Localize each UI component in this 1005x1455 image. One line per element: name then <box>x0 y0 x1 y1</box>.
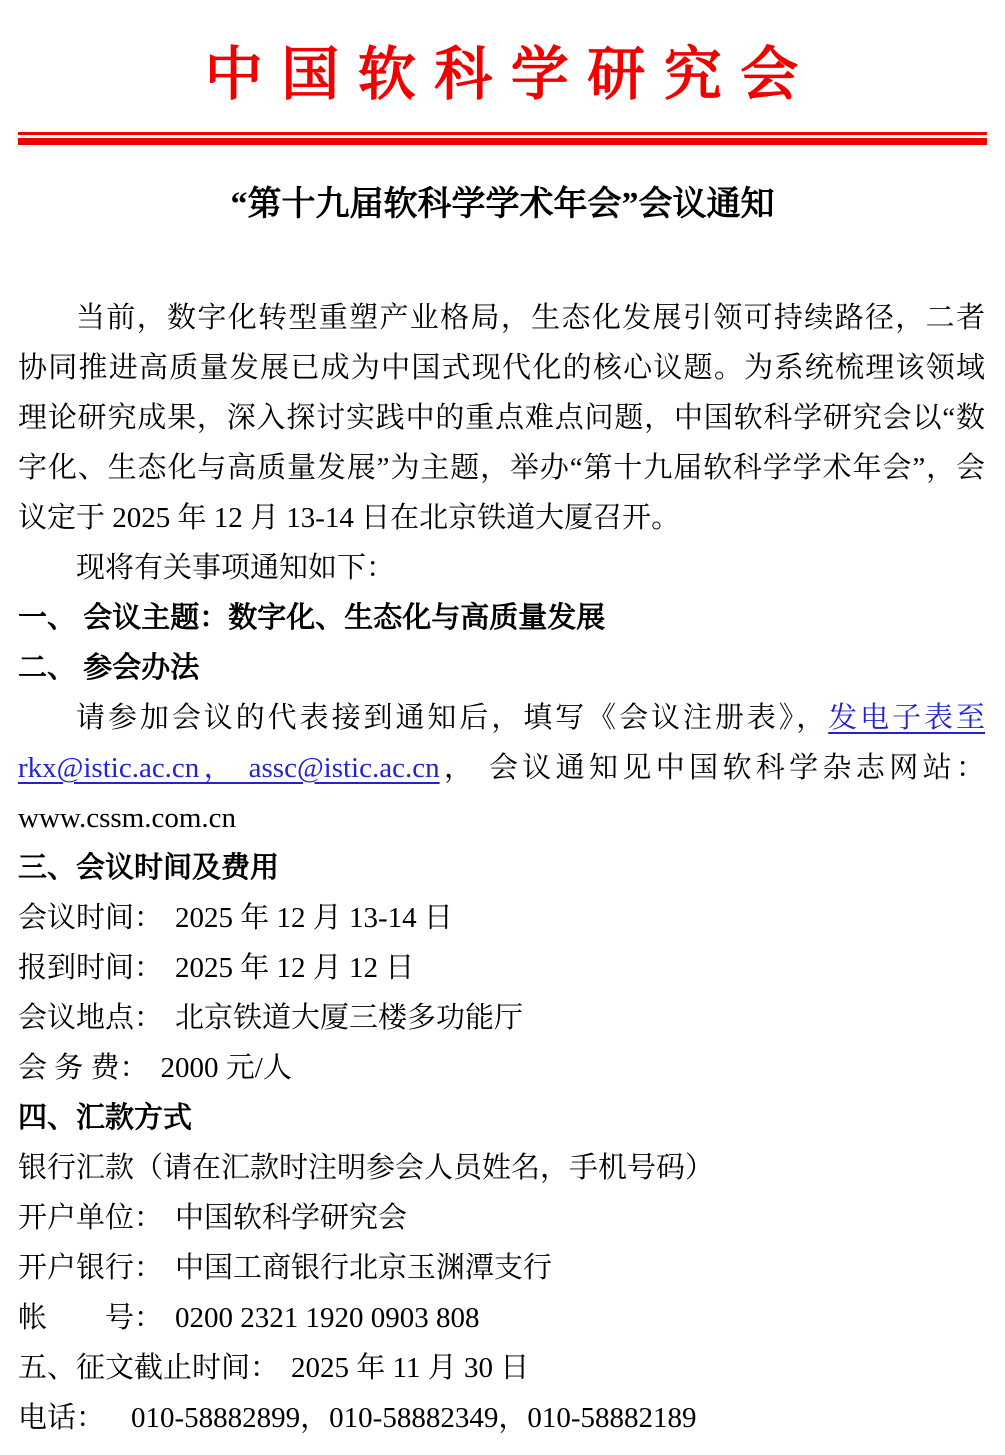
notice-line: 现将有关事项通知如下： <box>18 543 985 593</box>
label: 电话： <box>18 1402 105 1434</box>
section4-heading: 四、汇款方式 <box>18 1093 985 1143</box>
checkin-time-row: 报到时间：2025 年 12 月 12 日 <box>18 943 985 993</box>
website-line: www.cssm.com.cn <box>18 793 985 843</box>
letterhead-divider <box>18 132 987 145</box>
intro-line-3: 理论研究成果，深入探讨实践中的重点难点问题，中国软科学研究会以“数 <box>18 393 985 443</box>
value: 北京铁道大厦三楼多功能厅 <box>175 1002 523 1034</box>
account-number-row: 帐 号：0200 2321 1920 0903 808 <box>18 1293 985 1343</box>
venue-row: 会议地点：北京铁道大厦三楼多功能厅 <box>18 993 985 1043</box>
meeting-time-row: 会议时间：2025 年 12 月 13-14 日 <box>18 893 985 943</box>
document-page: 中 国 软 科 学 研 究 会 “第十九届软科学学术年会”会议通知 当前，数字化… <box>0 0 1005 1455</box>
label: 开户银行： <box>18 1252 163 1284</box>
email-addresses-link[interactable]: rkx@istic.ac.cn， assc@istic.ac.cn <box>18 752 440 784</box>
label: 报到时间： <box>18 952 163 984</box>
document-body: 当前，数字化转型重塑产业格局，生态化发展引领可持续路径，二者 协同推进高质量发展… <box>0 293 1005 1443</box>
divider-thick-rule <box>18 138 987 145</box>
value: 中国工商银行北京玉渊潭支行 <box>175 1252 552 1284</box>
section2-heading: 二、 参会办法 <box>18 643 985 693</box>
registration-line-1: 请参加会议的代表接到通知后，填写《会议注册表》，发电子表至 <box>18 693 985 743</box>
section3-heading: 三、会议时间及费用 <box>18 843 985 893</box>
label: 五、征文截止时间： <box>18 1352 279 1384</box>
label: 会议地点： <box>18 1002 163 1034</box>
section5-deadline-row: 五、征文截止时间：2025 年 11 月 30 日 <box>18 1343 985 1393</box>
document-title: “第十九届软科学学术年会”会议通知 <box>0 185 1005 225</box>
phone-row: 电话：010-58882899，010-58882349，010-5888218… <box>18 1393 985 1443</box>
account-name-row: 开户单位：中国软科学研究会 <box>18 1193 985 1243</box>
intro-line-1: 当前，数字化转型重塑产业格局，生态化发展引领可持续路径，二者 <box>18 293 985 343</box>
intro-line-5: 议定于 2025 年 12 月 13-14 日在北京铁道大厦召开。 <box>18 493 985 543</box>
intro-line-4: 字化、生态化与高质量发展”为主题，举办“第十九届软科学学术年会”，会 <box>18 443 985 493</box>
value: 2000 元/人 <box>161 1052 292 1084</box>
label: 帐 号： <box>18 1302 163 1334</box>
fee-row: 会 务 费：2000 元/人 <box>18 1043 985 1093</box>
value: 2025 年 12 月 13-14 日 <box>175 902 453 934</box>
bank-transfer-note: 银行汇款（请在汇款时注明参会人员姓名，手机号码） <box>18 1143 985 1193</box>
intro-line-2: 协同推进高质量发展已成为中国式现代化的核心议题。为系统梳理该领域 <box>18 343 985 393</box>
label: 会 务 费： <box>18 1052 149 1084</box>
divider-thin-rule <box>18 132 987 135</box>
registration-text: 请参加会议的代表接到通知后，填写《会议注册表》， <box>76 702 828 734</box>
value: 2025 年 11 月 30 日 <box>291 1352 529 1384</box>
value: 中国软科学研究会 <box>175 1202 407 1234</box>
value: 0200 2321 1920 0903 808 <box>175 1302 480 1334</box>
value: 010-58882899，010-58882349，010-58882189 <box>131 1402 696 1434</box>
section1-heading: 一、 会议主题：数字化、生态化与高质量发展 <box>18 593 985 643</box>
registration-line-2: rkx@istic.ac.cn， assc@istic.ac.cn， 会议通知见… <box>18 743 985 793</box>
bank-name-row: 开户银行：中国工商银行北京玉渊潭支行 <box>18 1243 985 1293</box>
value: 2025 年 12 月 12 日 <box>175 952 414 984</box>
registration-text-cont: ， 会议通知见中国软科学杂志网站： <box>440 752 985 784</box>
label: 开户单位： <box>18 1202 163 1234</box>
label: 会议时间： <box>18 902 163 934</box>
org-letterhead-title: 中 国 软 科 学 研 究 会 <box>0 0 1005 106</box>
send-eform-link[interactable]: 发电子表至 <box>828 702 985 734</box>
